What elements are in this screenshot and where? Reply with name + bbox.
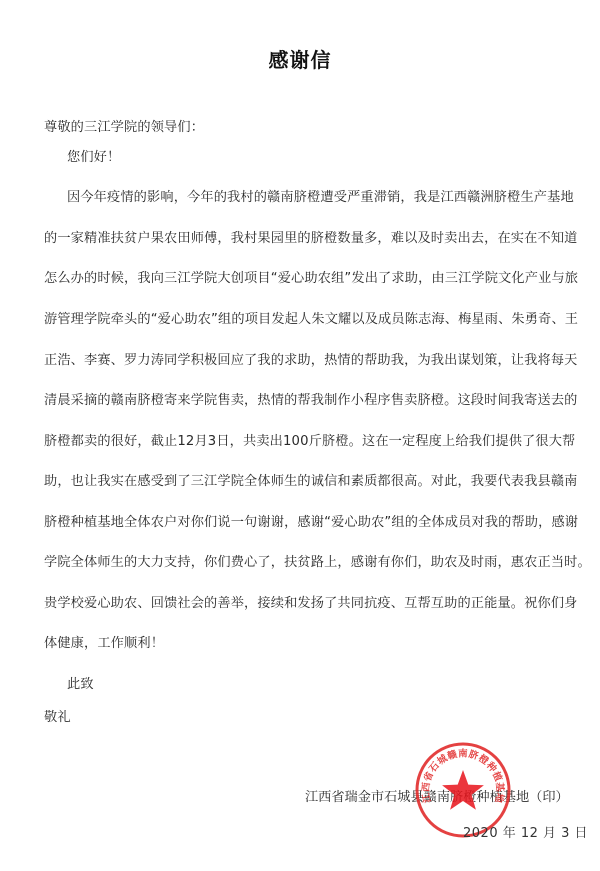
body-line: 游管理学院牵头的“爱心助农”组的项目发起人朱文耀以及成员陈志海、梅星雨、朱勇奇、… — [44, 310, 578, 330]
salutation: 尊敬的三江学院的领导们： — [44, 118, 204, 138]
body-line: 贵学校爱心助农、回馈社会的善举，接续和发扬了共同抗疫、互帮互助的正能量。祝你们身 — [44, 594, 578, 614]
greeting: 您们好！ — [67, 148, 120, 168]
body-line: 的一家精准扶贫户果农田师傅，我村果园里的脐橙数量多，难以及时卖出去，在实在不知道 — [44, 229, 578, 249]
letter-title: 感谢信 — [0, 44, 600, 73]
closing-phrase: 此致 — [67, 675, 94, 695]
body-line: 脐橙都卖的很好，截止12月3日，共卖出100斤脐橙。这在一定程度上给我们提供了很… — [44, 432, 575, 452]
body-line: 怎么办的时候，我向三江学院大创项目“爱心助农组”发出了求助，由三江学院文化产业与… — [44, 269, 578, 289]
body-line: 助，也让我实在感受到了三江学院全体师生的诚信和素质都很高。对此，我要代表我县赣南 — [44, 472, 578, 492]
body-line: 因今年疫情的影响，今年的我村的赣南脐橙遭受严重滞销，我是江西赣洲脐橙生产基地 — [67, 188, 574, 208]
body-line: 正浩、李赛、罗力涛同学积极回应了我的求助，热情的帮助我，为我出谋划策，让我将每天 — [44, 351, 578, 371]
closing-salute: 敬礼 — [44, 708, 71, 728]
body-line: 清晨采摘的赣南脐橙寄来学院售卖，热情的帮我制作小程序售卖脐橙。这段时间我寄送去的 — [44, 391, 578, 411]
body-line: 学院全体师生的大力支持，你们费心了，扶贫路上，感谢有你们，助农及时雨，惠农正当时… — [44, 553, 591, 573]
letter-date: 2020 年 12 月 3 日 — [463, 822, 588, 841]
body-line: 脐橙种植基地全体农户对你们说一句谢谢，感谢“爱心助农”组的全体成员对我的帮助，感… — [44, 513, 578, 533]
body-line: 体健康，工作顺利！ — [44, 634, 164, 654]
